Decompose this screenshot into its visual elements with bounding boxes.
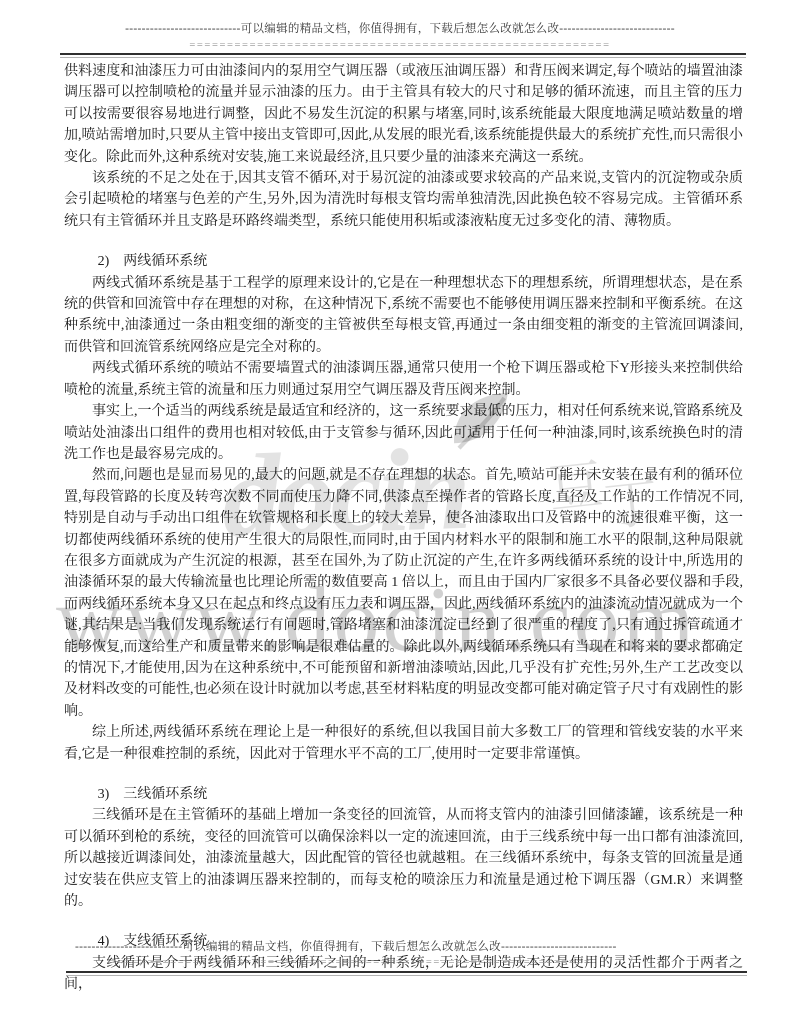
footer-rule-divider	[66, 971, 747, 976]
paragraph-two-line-conclusion: 综上所述,两线循环系统在理论上是一种很好的系统,但以我国目前大多数工厂的管理和管…	[64, 722, 743, 765]
paragraph-two-line-principle: 两线式循环系统是基于工程学的原理来设计的,它是在一种理想状态下的理想系统，所谓理…	[64, 273, 743, 359]
paragraph-supply-speed: 供料速度和油漆压力可由油漆间内的泵用空气调压器（或液压油调压器）和背压阀来调定,…	[64, 61, 743, 168]
footer-banner-text: --------------------------可以编辑的精品文档，你值得拥…	[0, 938, 800, 954]
paragraph-three-line-description: 三线循环是在主管循环的基础上增加一条变径的回流管，从而将支管内的油漆引回储漆罐，…	[64, 805, 743, 912]
document-footer: --------------------------可以编辑的精品文档，你值得拥…	[0, 938, 800, 968]
section-heading-two-line-system: 2) 两线循环系统	[64, 251, 743, 272]
document-page: docin 豆 丁 www.docin.com ----------------…	[0, 0, 800, 1035]
paragraph-system-drawbacks: 该系统的不足之处在于,因其支管不循环,对于易沉淀的油漆或要求较高的产品来说,支管…	[64, 168, 743, 232]
paragraph-two-line-problems: 然而,问题也是显而易见的,最大的问题,就是不存在理想的状态。首先,喷站可能并未安…	[64, 465, 743, 722]
header-equals-separator: ========================================…	[0, 40, 800, 51]
paragraph-two-line-economy: 事实上,一个适当的两线系统是最适宜和经济的，这一系统要求最低的压力，相对任何系统…	[64, 401, 743, 465]
footer-equals-separator: ========================================…	[0, 957, 800, 968]
document-body: 供料速度和油漆压力可由油漆间内的泵用空气调压器（或液压油调压器）和背压阀来调定,…	[64, 61, 743, 996]
section-heading-three-line-system: 3) 三线循环系统	[64, 784, 743, 805]
document-header: ----------------------------可以编辑的精品文档，你值…	[0, 20, 800, 51]
header-banner-text: ----------------------------可以编辑的精品文档，你值…	[0, 20, 800, 36]
paragraph-two-line-spray-station: 两线式循环系统的喷站不需要墙置式的油漆调压器,通常只使用一个枪下调压器或枪下Y形…	[64, 358, 743, 401]
header-rule-divider	[60, 53, 746, 58]
